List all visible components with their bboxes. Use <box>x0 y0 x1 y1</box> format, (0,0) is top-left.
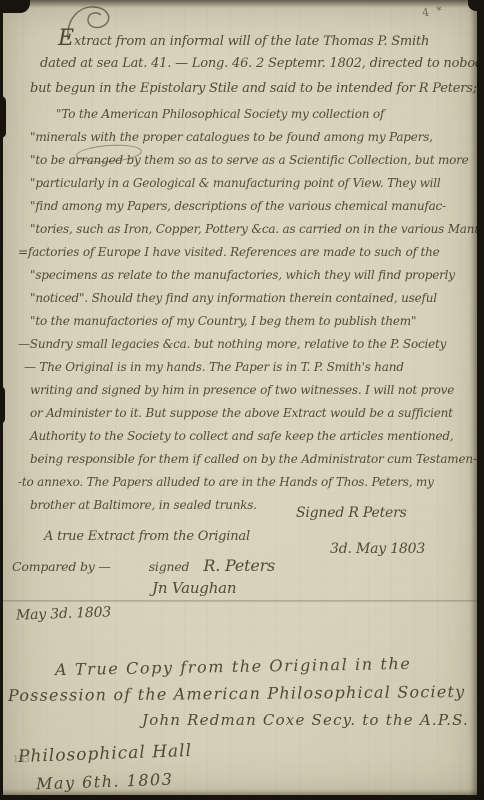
manuscript-line: writing and signed by him in presence of… <box>30 379 478 402</box>
manuscript-line: "noticed". Should they find any informat… <box>30 287 478 310</box>
place-line-philosophical-hall: Philosophical Hall <box>18 741 193 767</box>
scan-edge-blemish <box>0 386 5 424</box>
scan-corner-top-left <box>0 0 30 13</box>
true-extract-note: A true Extract from the Original <box>44 529 250 544</box>
manuscript-line: "tories, such as Iron, Copper, Pottery &… <box>30 218 478 241</box>
manuscript-line: brother at Baltimore, in sealed trunks. <box>30 494 478 517</box>
paper-fold-crease <box>0 600 484 602</box>
scan-edge-right <box>477 0 484 800</box>
scan-corner-top-right <box>468 0 484 11</box>
signature-john-redman-coxe: John Redman Coxe Secy. to the A.P.S. <box>142 711 469 729</box>
signature-jn-vaughan: Jn Vaughan <box>152 579 236 597</box>
signature-date: 3d. May 1803 <box>330 541 425 557</box>
scan-edge-top <box>0 0 484 8</box>
manuscript-line: — The Original is in my hands. The Paper… <box>24 356 478 379</box>
manuscript-line: Authority to the Society to collect and … <box>30 425 478 448</box>
manuscript-line: =factories of Europe I have visited. Ref… <box>18 241 478 264</box>
manuscript-line: "find among my Papers, descriptions of t… <box>30 195 478 218</box>
signature-signed-r-peters: Signed R Peters <box>296 505 407 521</box>
attestation-date: May 3d. 1803 <box>16 604 112 623</box>
signed-label: signed <box>149 559 190 574</box>
scan-edge-bottom <box>0 795 484 800</box>
manuscript-line: "To the American Philosophical Society m… <box>30 103 478 126</box>
will-extract-body: "To the American Philosophical Society m… <box>30 103 478 517</box>
signature-r-peters: R. Peters <box>203 556 275 575</box>
compared-by-line: Compared by —signedR. Peters <box>12 556 275 575</box>
ink-flourish <box>64 2 118 42</box>
manuscript-line: "to be arranged by them so as to serve a… <box>30 149 478 172</box>
manuscript-line: "particularly in a Geological & manufact… <box>30 172 478 195</box>
manuscript-line: -to annexo. The Papers alluded to are in… <box>18 471 478 494</box>
heading-line: dated at sea Lat. 41. — Long. 46. 2 Sept… <box>30 51 476 76</box>
copy-date-line: May 6th. 1803 <box>36 770 174 794</box>
scan-edge-blemish <box>0 96 6 138</box>
manuscript-page: 4 * 153 Extract from an informal will of… <box>0 0 484 800</box>
copy-certification-line: A True Copy from the Original in the <box>55 654 412 679</box>
manuscript-line: —Sundry small legacies &ca. but nothing … <box>18 333 478 356</box>
manuscript-line: "specimens as relate to the manufactorie… <box>30 264 478 287</box>
heading-line: but begun in the Epistolary Stile and sa… <box>30 76 476 101</box>
compared-by-label: Compared by — <box>12 559 111 574</box>
manuscript-line: or Administer to it. But suppose the abo… <box>30 402 478 425</box>
manuscript-line: "minerals with the proper catalogues to … <box>30 126 478 149</box>
copy-certification-line: Possession of the American Philosophical… <box>8 682 465 705</box>
manuscript-line: being responsible for them if called on … <box>30 448 478 471</box>
manuscript-line: "to the manufactories of my Country, I b… <box>30 310 478 333</box>
